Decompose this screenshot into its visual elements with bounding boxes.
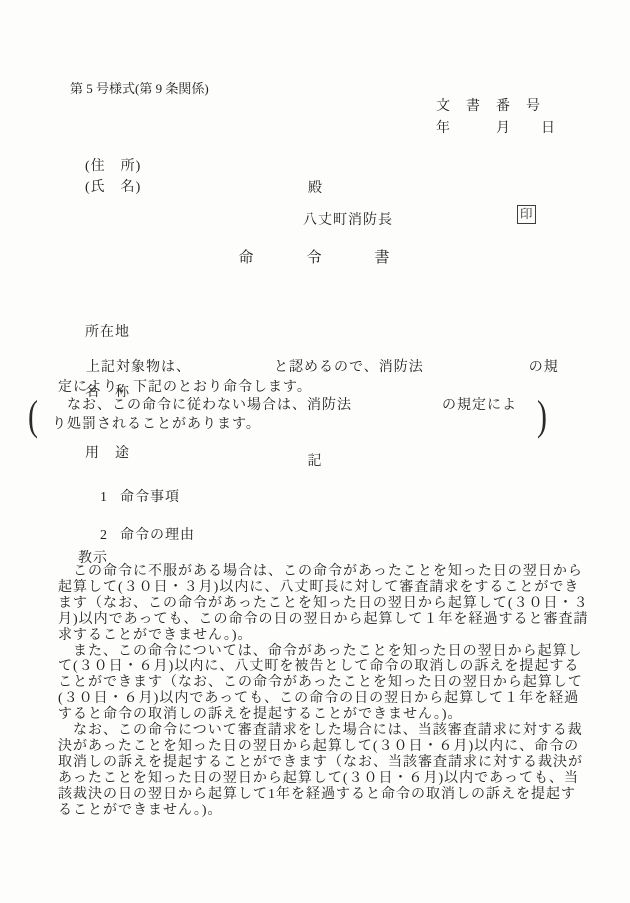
address-label: (住 所) bbox=[85, 155, 141, 175]
text-line: 起算して(３０日・３月)以内に、八丈町長に対して審査請求をすることができ bbox=[58, 580, 603, 596]
instruction-paragraph-1: この命令に不服がある場合は、この命令があったことを知った日の翌日から起算して(３… bbox=[58, 564, 603, 644]
instruction-paragraph-2: また、この命令については、命令があったことを知った日の翌日から起算して(３０日・… bbox=[58, 644, 603, 724]
text-line: 該裁決の日の翌日から起算して1年を経過すると命令の取消しの訴えを提起す bbox=[58, 787, 603, 803]
name-label: (氏 名) bbox=[85, 176, 141, 196]
penalty-note-bracket-open: ( bbox=[28, 395, 38, 437]
text-line: (３０日・６月)以内であっても、この命令の日の翌日から起算して１年を経過 bbox=[58, 691, 603, 707]
text-line: また、この命令については、命令があったことを知った日の翌日から起算し bbox=[58, 644, 603, 660]
text-line: この命令に不服がある場合は、この命令があったことを知った日の翌日から bbox=[58, 564, 603, 580]
penalty-note: なお、この命令に従わない場合は、消防法 の規定により処罰されることがあります。 bbox=[52, 397, 552, 434]
form-number: 第 5 号様式(第 9 条関係) bbox=[70, 78, 209, 97]
text-line: 取消しの訴えを提起することができます（なお、当該審査請求に対する裁決が bbox=[58, 755, 603, 771]
text-line: 定により、下記のとおり命令します。 bbox=[58, 378, 603, 398]
text-line: ることができません。)。 bbox=[58, 803, 603, 819]
text-line: 決があったことを知った日の翌日から起算して(３０日・６月)以内に、命令の bbox=[58, 739, 603, 755]
text-line: ます（なお、この命令があったことを知った日の翌日から起算して(３０日・３ bbox=[58, 596, 603, 612]
order-item-2-number: 2 bbox=[100, 528, 107, 544]
record-marker: 記 bbox=[0, 450, 630, 470]
text-line: て(３０日・６月)以内に、八丈町を被告として命令の取消しの訴えを提起する bbox=[58, 659, 603, 675]
instruction-paragraph-3: なお、この命令について審査請求をした場合には、当該審査請求に対する裁決があったこ… bbox=[58, 723, 603, 818]
seal-stamp-icon: 印 bbox=[517, 205, 536, 224]
order-item-1-number: 1 bbox=[100, 490, 107, 506]
text-line: すると命令の取消しの訴えを提起することができません。)。 bbox=[58, 707, 603, 723]
text-line: 求することができません。)。 bbox=[58, 628, 603, 644]
penalty-note-bracket-close: ) bbox=[537, 395, 547, 437]
doc-number-label: 文 書 番 号 bbox=[436, 95, 541, 115]
order-document-page: 第 5 号様式(第 9 条関係) 文 書 番 号 年 月 日 (住 所) (氏 … bbox=[0, 0, 630, 903]
order-item-1-label: 命令事項 bbox=[120, 490, 180, 505]
document-title: 命 令 書 bbox=[0, 246, 630, 267]
issuer-title: 八丈町消防長 bbox=[303, 209, 393, 229]
date-line: 年 月 日 bbox=[436, 117, 556, 137]
order-item-2-label: 命令の理由 bbox=[120, 528, 195, 543]
premises-location-label: 所在地 bbox=[85, 323, 130, 343]
intro-paragraph: 上記対象物は、 と認めるので、消防法 の規定により、下記のとおり命令します。 bbox=[58, 358, 603, 397]
text-line: り処罰されることがあります。 bbox=[52, 416, 552, 435]
text-line: なお、この命令について審査請求をした場合には、当該審査請求に対する裁 bbox=[58, 723, 603, 739]
text-line: あったことを知った日の翌日から起算して(３０日・６月)以内であっても、当 bbox=[58, 771, 603, 787]
text-line: ことができます（なお、この命令があったことを知った日の翌日から起算して bbox=[58, 675, 603, 691]
text-line: 上記対象物は、 と認めるので、消防法 の規 bbox=[58, 358, 603, 378]
text-line: なお、この命令に従わない場合は、消防法 の規定によ bbox=[52, 397, 552, 416]
recipient-honorific: 殿 bbox=[308, 177, 323, 197]
text-line: 月)以内であっても、この命令の日の翌日から起算して１年を経過すると審査請 bbox=[58, 612, 603, 628]
